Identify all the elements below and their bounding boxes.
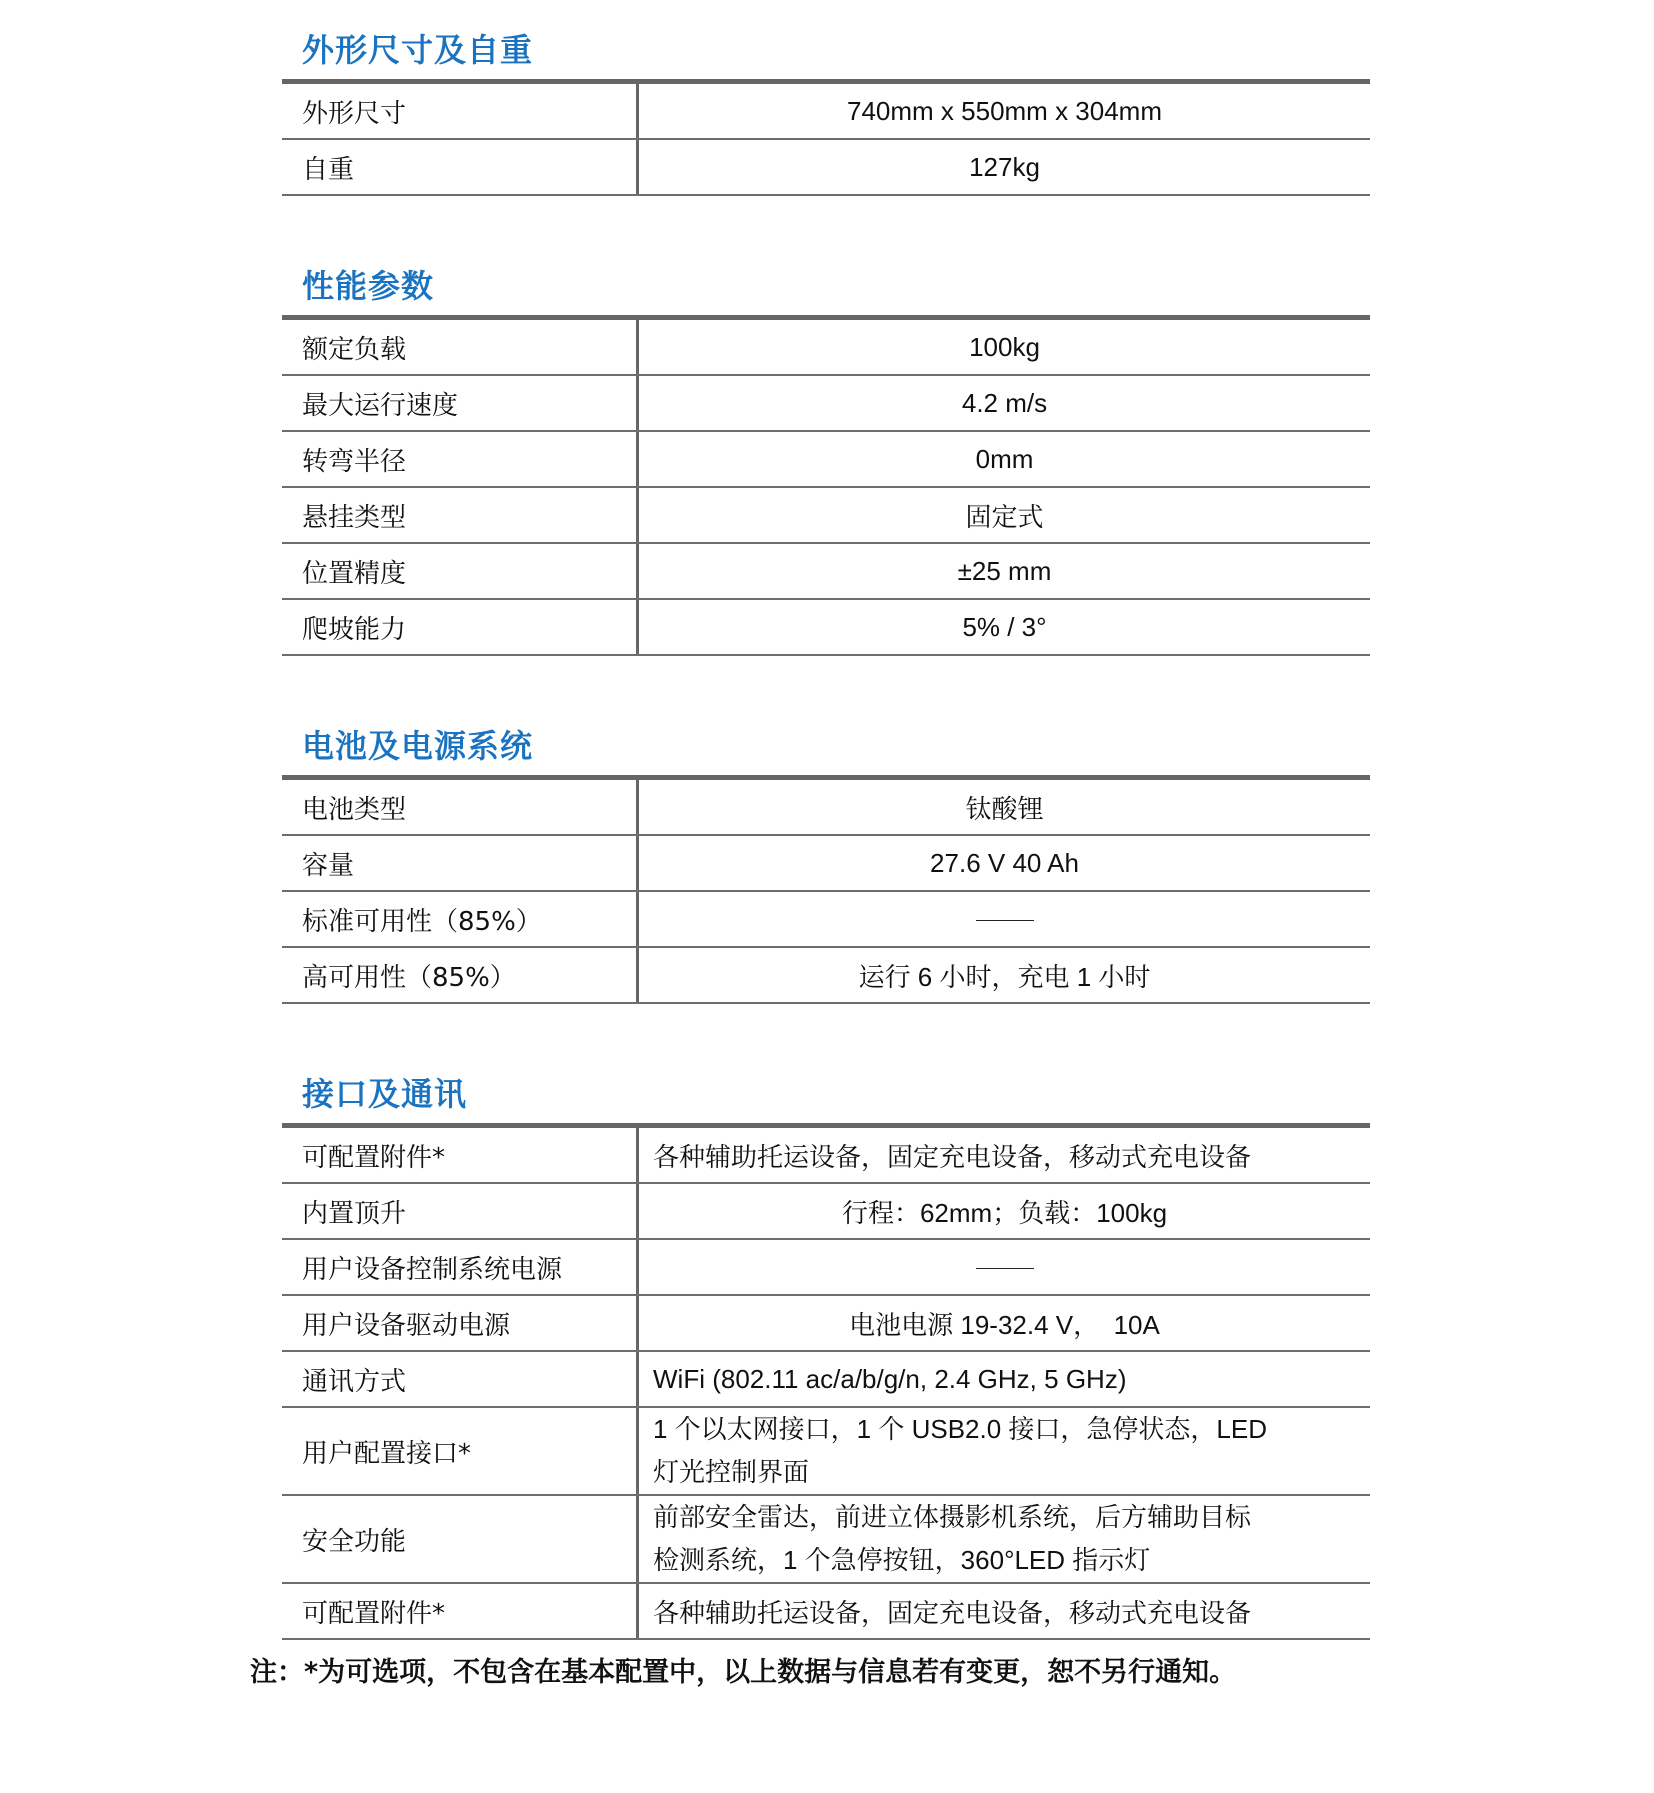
spec-value-line: 灯光控制界面 (653, 1451, 1267, 1494)
dash-placeholder (976, 920, 1034, 921)
spec-value: 各种辅助托运设备，固定充电设备，移动式充电设备 (639, 1128, 1370, 1182)
spec-value: 行程：62mm；负载：100kg (639, 1184, 1370, 1238)
table-row: 容量 27.6 V 40 Ah (282, 836, 1370, 892)
spec-label: 悬挂类型 (282, 488, 639, 542)
table-row: 安全功能 前部安全雷达，前进立体摄影机系统，后方辅助目标 检测系统，1 个急停按… (282, 1496, 1370, 1584)
spec-value-empty (639, 1240, 1370, 1294)
table-row: 最大运行速度 4.2 m/s (282, 376, 1370, 432)
spec-label: 转弯半径 (282, 432, 639, 486)
spec-value: 0mm (639, 432, 1370, 486)
spec-table: 可配置附件* 各种辅助托运设备，固定充电设备，移动式充电设备 内置顶升 行程：6… (282, 1123, 1370, 1640)
spec-value: 27.6 V 40 Ah (639, 836, 1370, 890)
spec-label: 用户配置接口* (282, 1408, 639, 1494)
spec-label: 额定负载 (282, 320, 639, 374)
spec-value: WiFi (802.11 ac/a/b/g/n, 2.4 GHz, 5 GHz) (639, 1352, 1370, 1406)
table-row: 电池类型 钛酸锂 (282, 780, 1370, 836)
section-title: 接口及通讯 (302, 1074, 467, 1114)
spec-label: 可配置附件* (282, 1584, 639, 1638)
footnote: 注：*为可选项，不包含在基本配置中，以上数据与信息若有变更，恕不另行通知。 (250, 1650, 1236, 1689)
spec-value: 5% / 3° (639, 600, 1370, 654)
spec-value: 电池电源 19-32.4 V， 10A (639, 1296, 1370, 1350)
spec-value-line: 前部安全雷达，前进立体摄影机系统，后方辅助目标 (653, 1496, 1251, 1539)
table-row: 标准可用性（85%） (282, 892, 1370, 948)
dash-placeholder (976, 1268, 1034, 1269)
spec-value: ±25 mm (639, 544, 1370, 598)
spec-value-multiline: 前部安全雷达，前进立体摄影机系统，后方辅助目标 检测系统，1 个急停按钮，360… (639, 1496, 1370, 1582)
spec-value-empty (639, 892, 1370, 946)
spec-label: 通讯方式 (282, 1352, 639, 1406)
spec-label: 用户设备驱动电源 (282, 1296, 639, 1350)
spec-label: 自重 (282, 140, 639, 194)
spec-sheet-page: 外形尺寸及自重 外形尺寸 740mm x 550mm x 304mm 自重 12… (0, 0, 1654, 1793)
table-row: 内置顶升 行程：62mm；负载：100kg (282, 1184, 1370, 1240)
table-row: 位置精度 ±25 mm (282, 544, 1370, 600)
section-title: 性能参数 (302, 266, 434, 306)
spec-table: 外形尺寸 740mm x 550mm x 304mm 自重 127kg (282, 79, 1370, 196)
spec-label: 外形尺寸 (282, 84, 639, 138)
spec-value: 100kg (639, 320, 1370, 374)
section-title: 外形尺寸及自重 (302, 30, 533, 70)
table-row: 自重 127kg (282, 140, 1370, 196)
spec-label: 高可用性（85%） (282, 948, 639, 1002)
spec-label: 内置顶升 (282, 1184, 639, 1238)
spec-label: 电池类型 (282, 780, 639, 834)
table-row: 用户设备驱动电源 电池电源 19-32.4 V， 10A (282, 1296, 1370, 1352)
section-title: 电池及电源系统 (302, 726, 533, 766)
table-row: 爬坡能力 5% / 3° (282, 600, 1370, 656)
table-row: 用户配置接口* 1 个以太网接口，1 个 USB2.0 接口，急停状态，LED … (282, 1408, 1370, 1496)
spec-value-line: 检测系统，1 个急停按钮，360°LED 指示灯 (653, 1539, 1251, 1582)
spec-label: 用户设备控制系统电源 (282, 1240, 639, 1294)
spec-label: 最大运行速度 (282, 376, 639, 430)
spec-value: 固定式 (639, 488, 1370, 542)
table-row: 高可用性（85%） 运行 6 小时，充电 1 小时 (282, 948, 1370, 1004)
table-row: 转弯半径 0mm (282, 432, 1370, 488)
spec-label: 安全功能 (282, 1496, 639, 1582)
table-row: 用户设备控制系统电源 (282, 1240, 1370, 1296)
spec-label: 可配置附件* (282, 1128, 639, 1182)
table-row: 可配置附件* 各种辅助托运设备，固定充电设备，移动式充电设备 (282, 1128, 1370, 1184)
table-row: 可配置附件* 各种辅助托运设备，固定充电设备，移动式充电设备 (282, 1584, 1370, 1640)
spec-table: 电池类型 钛酸锂 容量 27.6 V 40 Ah 标准可用性（85%） 高可用性… (282, 775, 1370, 1004)
spec-value: 4.2 m/s (639, 376, 1370, 430)
spec-label: 爬坡能力 (282, 600, 639, 654)
table-row: 通讯方式 WiFi (802.11 ac/a/b/g/n, 2.4 GHz, 5… (282, 1352, 1370, 1408)
table-row: 外形尺寸 740mm x 550mm x 304mm (282, 84, 1370, 140)
table-row: 额定负载 100kg (282, 320, 1370, 376)
spec-value: 740mm x 550mm x 304mm (639, 84, 1370, 138)
spec-value: 运行 6 小时，充电 1 小时 (639, 948, 1370, 1002)
spec-table: 额定负载 100kg 最大运行速度 4.2 m/s 转弯半径 0mm 悬挂类型 … (282, 315, 1370, 656)
spec-value-line: 1 个以太网接口，1 个 USB2.0 接口，急停状态，LED (653, 1408, 1267, 1451)
spec-label: 容量 (282, 836, 639, 890)
spec-value: 127kg (639, 140, 1370, 194)
table-row: 悬挂类型 固定式 (282, 488, 1370, 544)
spec-value-multiline: 1 个以太网接口，1 个 USB2.0 接口，急停状态，LED 灯光控制界面 (639, 1408, 1370, 1494)
spec-value: 各种辅助托运设备，固定充电设备，移动式充电设备 (639, 1584, 1370, 1638)
spec-value: 钛酸锂 (639, 780, 1370, 834)
spec-label: 标准可用性（85%） (282, 892, 639, 946)
spec-label: 位置精度 (282, 544, 639, 598)
